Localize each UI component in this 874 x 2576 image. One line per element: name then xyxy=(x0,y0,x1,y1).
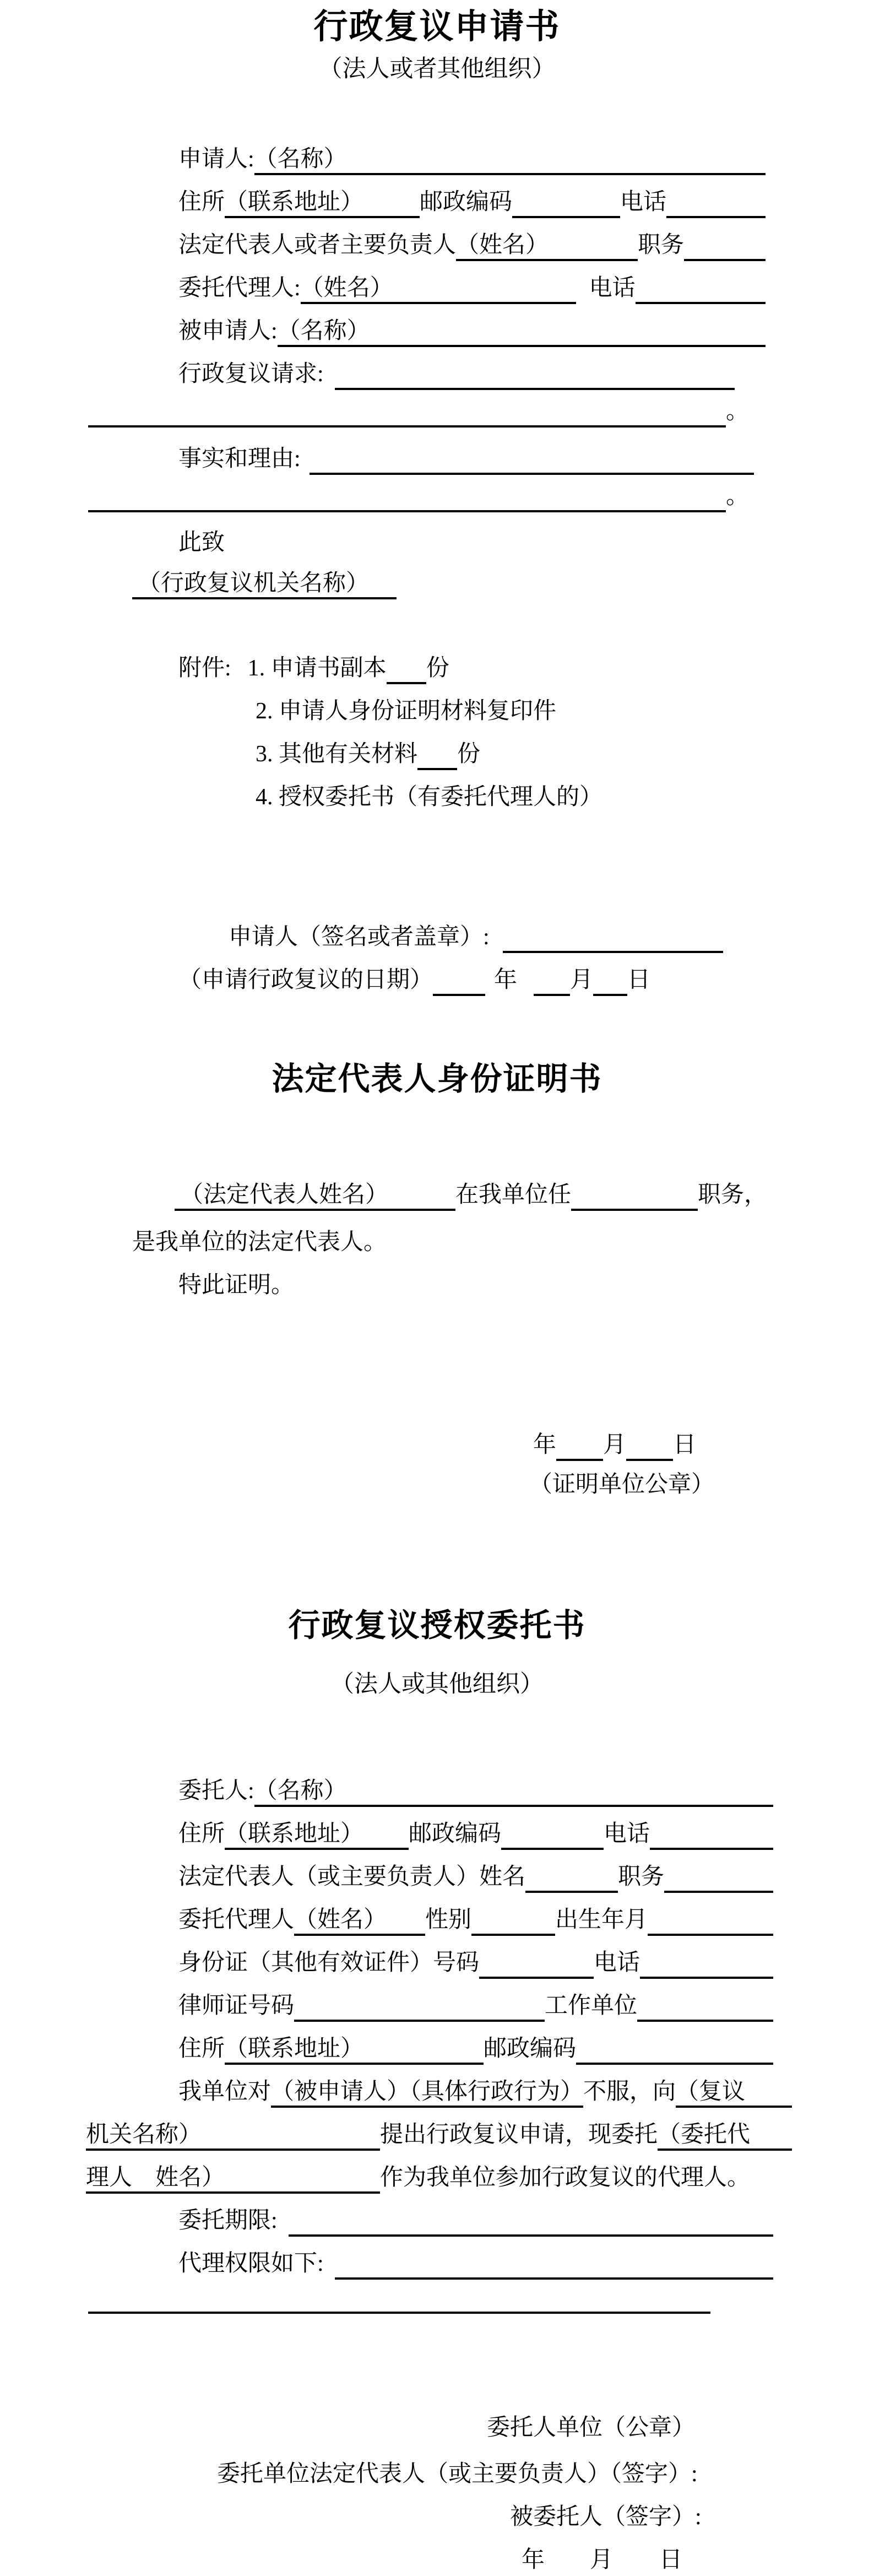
signature-label: 申请人（签名或者盖章）: xyxy=(229,923,490,951)
poa-birthdate-label: 出生年月 xyxy=(555,1906,648,1934)
poa-title-text: 行政复议授权委托书 xyxy=(288,1606,585,1645)
certificate-statement-text: 是我单位的法定代表人。 xyxy=(132,1229,387,1256)
poa-agent-line: 委托代理人 （姓名） 性别 出生年月 xyxy=(178,1906,773,1936)
application-title-text: 行政复议申请书 xyxy=(313,7,560,47)
poa-id-label: 身份证（其他有效证件）号码 xyxy=(178,1949,479,1977)
certificate-seal-hint: （证明单位公章） xyxy=(529,1471,714,1498)
address-line: 住所 （联系地址） 邮政编码 电话 xyxy=(178,188,766,218)
certificate-seal-line: （证明单位公章） xyxy=(529,1471,714,1498)
poa-term-field[interactable] xyxy=(289,2207,773,2237)
poa-legal-rep-line: 法定代表人（或主要负责人）姓名 职务 xyxy=(178,1863,773,1893)
poa-principal-label: 委托人: xyxy=(178,1777,254,1805)
application-date-line: （申请行政复议的日期） 年 月 日 xyxy=(178,966,650,996)
certificate-statement-line: 是我单位的法定代表人。 xyxy=(132,1229,387,1256)
poa-scope-continuation-field[interactable] xyxy=(88,2284,710,2314)
poa-term-line: 委托期限: xyxy=(178,2207,773,2237)
facts-continuation-field[interactable] xyxy=(88,483,726,512)
poa-agent-field-end[interactable]: 理人 姓名） xyxy=(86,2164,380,2194)
agent-name-hint: （姓名） xyxy=(301,275,393,301)
month-label: 月 xyxy=(603,1431,626,1459)
application-year-field[interactable] xyxy=(433,966,485,996)
poa-birthdate-field[interactable] xyxy=(648,1906,773,1936)
month-label: 月 xyxy=(590,2546,613,2574)
legal-rep-name-field[interactable]: （姓名） xyxy=(456,231,638,261)
month-label: 月 xyxy=(570,966,593,994)
poa-address-field[interactable]: （联系地址） xyxy=(225,1820,409,1850)
certificate-month-field[interactable] xyxy=(626,1431,673,1461)
poa-scope-line: 代理权限如下: xyxy=(178,2250,773,2280)
applicant-label: 申请人: xyxy=(178,145,254,173)
authority-hint: （行政复议机关名称） xyxy=(138,571,369,596)
request-line: 行政复议请求: xyxy=(178,360,735,390)
salute-text: 此致 xyxy=(178,529,225,556)
year-label: 年 xyxy=(533,1431,556,1459)
applicant-name-hint: （名称） xyxy=(254,147,347,172)
certificate-date-line: 年 月 日 xyxy=(533,1431,696,1461)
authority-line: （行政复议机关名称） xyxy=(132,570,397,599)
application-date-label: （申请行政复议的日期） xyxy=(178,966,433,994)
poa-postcode2-field[interactable] xyxy=(576,2035,773,2065)
poa-seal-line: 委托人单位（公章） xyxy=(487,2414,695,2442)
agent-phone-label: 电话 xyxy=(589,274,636,302)
poa-agent-label: 委托代理人 xyxy=(178,1906,294,1934)
poa-agent-sign-text: 被委托人（签字）: xyxy=(510,2503,702,2531)
poa-address2-label: 住所 xyxy=(178,2035,225,2063)
poa-agent-name-field[interactable]: （姓名） xyxy=(294,1906,425,1936)
poa-lawyer-line: 律师证号码 工作单位 xyxy=(178,1992,773,2022)
day-label: 日 xyxy=(627,966,650,994)
application-subtitle: （法人或者其他组织） xyxy=(0,55,874,84)
attachments-label: 附件: xyxy=(178,654,231,682)
certificate-year-field[interactable] xyxy=(556,1431,603,1461)
poa-subtitle: （法人或其他组织） xyxy=(0,1670,874,1699)
period-mark: 。 xyxy=(726,483,749,510)
poa-agent-sign-line: 被委托人（签字）: xyxy=(510,2503,702,2531)
certificate-serve-text: 在我单位任 xyxy=(455,1181,571,1209)
agent-line: 委托代理人: （姓名） 电话 xyxy=(178,274,766,304)
address-label: 住所 xyxy=(178,188,225,216)
certificate-rep-name-field[interactable]: （法定代表人姓名） xyxy=(175,1181,455,1211)
application-day-field[interactable] xyxy=(593,966,627,996)
poa-statement-mid: 不服，向 xyxy=(583,2078,676,2106)
application-subtitle-text: （法人或者其他组织） xyxy=(319,55,556,84)
salute-line: 此致 xyxy=(178,529,225,556)
poa-phone-field[interactable] xyxy=(650,1820,773,1850)
poa-authority-field-end[interactable]: 机关名称） xyxy=(86,2121,380,2151)
period-mark: 。 xyxy=(726,398,749,425)
request-field[interactable] xyxy=(335,360,735,390)
facts-continuation-line: 。 xyxy=(88,483,749,512)
respondent-line: 被申请人: （名称） xyxy=(178,317,766,347)
phone-label: 电话 xyxy=(620,188,666,216)
poa-lawyer-id-field[interactable] xyxy=(294,1992,545,2022)
poa-principal-name-field[interactable]: （名称） xyxy=(254,1777,773,1807)
attachment-line-2: 2. 申请人身份证明材料复印件 xyxy=(256,697,556,725)
poa-phone-label: 电话 xyxy=(604,1820,650,1848)
poa-address-hint: （联系地址） xyxy=(225,1821,363,1847)
poa-scope-continuation-line xyxy=(88,2284,710,2314)
certificate-rep-name-hint: （法定代表人姓名） xyxy=(180,1182,388,1208)
poa-statement-line-3: 理人 姓名） 作为我单位参加行政复议的代理人。 xyxy=(86,2164,750,2194)
application-title: 行政复议申请书 xyxy=(0,7,874,47)
attachment-line-3: 3. 其他有关材料 份 xyxy=(256,740,480,770)
poa-scope-label: 代理权限如下: xyxy=(178,2250,324,2277)
attachment-2-text: 2. 申请人身份证明材料复印件 xyxy=(256,697,556,725)
poa-agent-hint-end: 理人 姓名） xyxy=(86,2165,225,2190)
certificate-duty-field[interactable] xyxy=(571,1181,698,1211)
poa-id-field[interactable] xyxy=(479,1949,594,1979)
facts-field[interactable] xyxy=(310,445,754,475)
poa-statement-prefix: 我单位对 xyxy=(178,2078,271,2106)
poa-id-phone-field[interactable] xyxy=(640,1949,773,1979)
certificate-certify-text: 特此证明。 xyxy=(178,1271,294,1299)
poa-legal-rep-name-field[interactable] xyxy=(525,1863,618,1893)
request-continuation-line: 。 xyxy=(88,398,749,427)
day-label: 日 xyxy=(673,1431,696,1459)
poa-principal-line: 委托人: （名称） xyxy=(178,1777,773,1807)
attachment-1-suffix: 份 xyxy=(426,654,449,682)
duty-field[interactable] xyxy=(684,231,766,261)
attachment-3-count-field[interactable] xyxy=(417,740,457,770)
agent-label: 委托代理人: xyxy=(178,274,301,302)
legal-rep-label: 法定代表人或者主要负责人 xyxy=(178,231,456,259)
applicant-line: 申请人: （名称） xyxy=(178,145,766,175)
poa-rep-sign-line: 委托单位法定代表人（或主要负责人）（签字）: xyxy=(217,2460,698,2488)
request-label: 行政复议请求: xyxy=(178,360,324,388)
poa-term-label: 委托期限: xyxy=(178,2207,278,2234)
poa-address-line: 住所 （联系地址） 邮政编码 电话 xyxy=(178,1820,773,1850)
year-label: 年 xyxy=(494,966,517,994)
attachment-line-4: 4. 授权委托书（有委托代理人的） xyxy=(256,783,602,811)
signature-line: 申请人（签名或者盖章）: xyxy=(229,923,723,953)
postcode-label: 邮政编码 xyxy=(420,188,512,216)
attachment-4-text: 4. 授权委托书（有委托代理人的） xyxy=(256,783,602,811)
poa-address2-line: 住所 （联系地址） 邮政编码 xyxy=(178,2035,773,2065)
respondent-name-field[interactable]: （名称） xyxy=(278,317,766,347)
certificate-title-text: 法定代表人身份证明书 xyxy=(272,1060,602,1098)
facts-label: 事实和理由: xyxy=(178,445,301,473)
certificate-rep-line: （法定代表人姓名） 在我单位任 职务， xyxy=(175,1181,790,1211)
poa-id-line: 身份证（其他有效证件）号码 电话 xyxy=(178,1949,773,1979)
poa-gender-label: 性别 xyxy=(425,1906,471,1934)
poa-authority-hint-start: （复议 xyxy=(676,2079,745,2104)
attachment-1-text: 1. 申请书副本 xyxy=(248,654,387,682)
poa-address-label: 住所 xyxy=(178,1820,225,1848)
signature-field[interactable] xyxy=(503,923,723,953)
poa-statement-suffix: 作为我单位参加行政复议的代理人。 xyxy=(380,2164,750,2191)
poa-seal-text: 委托人单位（公章） xyxy=(487,2414,695,2442)
certificate-certify-line: 特此证明。 xyxy=(178,1271,294,1299)
address-field[interactable]: （联系地址） xyxy=(225,188,420,218)
attachment-3-suffix: 份 xyxy=(457,740,480,768)
duty-label: 职务 xyxy=(638,231,684,259)
poa-postcode-field[interactable] xyxy=(501,1820,604,1850)
poa-authority-hint-end: 机关名称） xyxy=(86,2122,202,2147)
certificate-title: 法定代表人身份证明书 xyxy=(0,1060,874,1098)
poa-date-line: 年 月 日 xyxy=(522,2546,682,2574)
poa-agent-name-hint: （姓名） xyxy=(294,1907,387,1933)
application-month-field[interactable] xyxy=(534,966,570,996)
poa-subtitle-text: （法人或其他组织） xyxy=(330,1670,544,1699)
attachment-3-text: 3. 其他有关材料 xyxy=(256,740,417,768)
poa-postcode-label: 邮政编码 xyxy=(409,1820,501,1848)
scanned-form-page: 行政复议申请书 （法人或者其他组织） 申请人: （名称） 住所 （联系地址） 邮… xyxy=(0,0,874,2576)
poa-principal-name-hint: （名称） xyxy=(254,1778,347,1804)
applicant-name-field[interactable]: （名称） xyxy=(254,145,766,175)
poa-duty-label: 职务 xyxy=(618,1863,664,1891)
poa-statement-line-2: 机关名称） 提出行政复议申请，现委托 （委托代 xyxy=(86,2121,792,2151)
poa-workunit-label: 工作单位 xyxy=(545,1992,637,2020)
authority-field[interactable]: （行政复议机关名称） xyxy=(132,570,397,599)
attachment-1-count-field[interactable] xyxy=(387,654,426,684)
poa-workunit-field[interactable] xyxy=(637,1992,773,2022)
phone-field[interactable] xyxy=(666,188,766,218)
request-continuation-field[interactable] xyxy=(88,398,726,427)
agent-phone-field[interactable] xyxy=(636,274,766,304)
poa-address2-hint: （联系地址） xyxy=(225,2036,363,2061)
day-label: 日 xyxy=(659,2546,682,2574)
poa-postcode2-label: 邮政编码 xyxy=(484,2035,576,2063)
poa-duty-field[interactable] xyxy=(664,1863,773,1893)
poa-address2-field[interactable]: （联系地址） xyxy=(225,2035,484,2065)
respondent-label: 被申请人: xyxy=(178,317,278,345)
poa-authority-field-start[interactable]: （复议 xyxy=(676,2078,792,2108)
poa-statement-mid2: 提出行政复议申请，现委托 xyxy=(380,2121,658,2149)
facts-line: 事实和理由: xyxy=(178,445,754,475)
poa-id-phone-label: 电话 xyxy=(594,1949,640,1977)
poa-title: 行政复议授权委托书 xyxy=(0,1606,874,1645)
poa-respondent-act-field[interactable]: （被申请人）（具体行政行为） xyxy=(271,2078,583,2108)
poa-legal-rep-label: 法定代表人（或主要负责人）姓名 xyxy=(178,1863,525,1891)
poa-gender-field[interactable] xyxy=(471,1906,555,1936)
poa-agent-field-start[interactable]: （委托代 xyxy=(658,2121,792,2151)
poa-lawyer-id-label: 律师证号码 xyxy=(178,1992,294,2020)
poa-statement-line-1: 我单位对 （被申请人）（具体行政行为） 不服，向 （复议 xyxy=(178,2078,792,2108)
poa-agent-hint-start: （委托代 xyxy=(658,2122,750,2147)
poa-scope-field[interactable] xyxy=(335,2250,773,2280)
address-hint: （联系地址） xyxy=(225,190,363,215)
certificate-duty-text: 职务， xyxy=(698,1181,767,1209)
poa-respondent-act-hint: （被申请人）（具体行政行为） xyxy=(271,2079,583,2104)
postcode-field[interactable] xyxy=(512,188,620,218)
agent-name-field[interactable]: （姓名） xyxy=(301,274,576,304)
attachment-line-1: 附件: 1. 申请书副本 份 xyxy=(178,654,449,684)
year-label: 年 xyxy=(522,2546,545,2574)
legal-rep-name-hint: （姓名） xyxy=(456,232,549,258)
legal-rep-line: 法定代表人或者主要负责人 （姓名） 职务 xyxy=(178,231,766,261)
respondent-name-hint: （名称） xyxy=(278,318,370,344)
poa-rep-sign-text: 委托单位法定代表人（或主要负责人）（签字）: xyxy=(217,2460,698,2488)
